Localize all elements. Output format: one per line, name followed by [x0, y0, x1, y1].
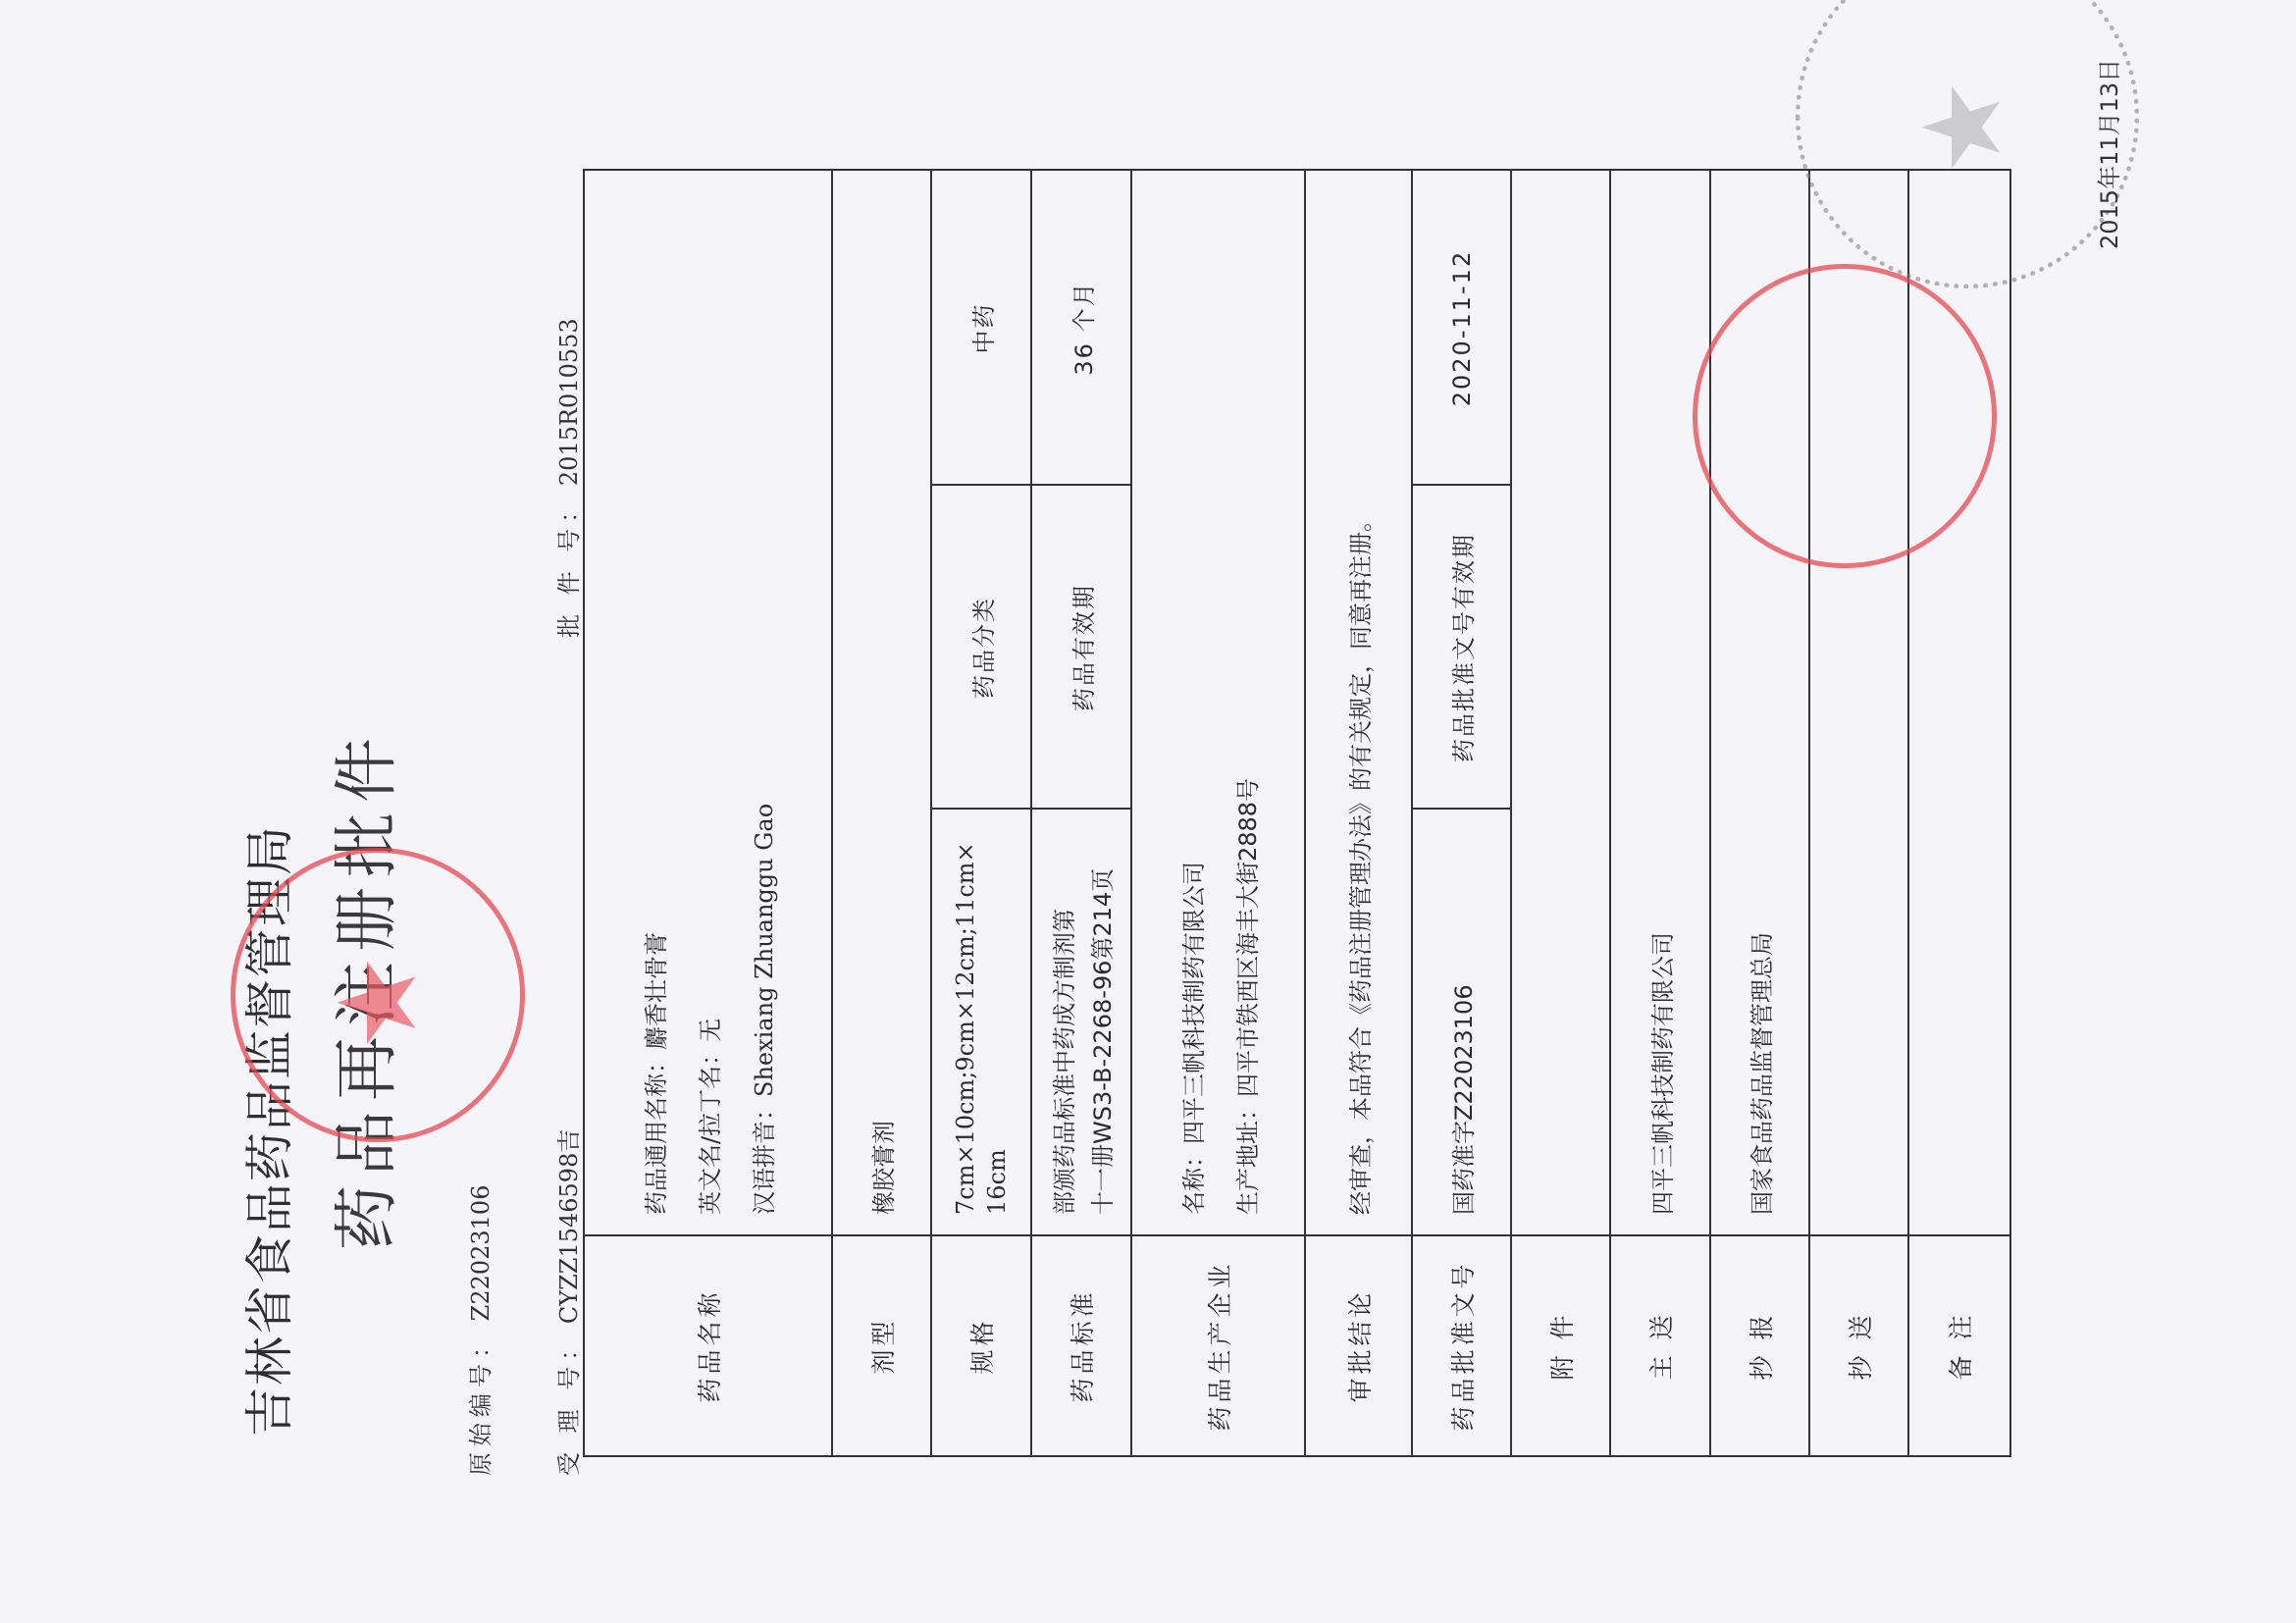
- approval-number-value: 2015R010553: [555, 318, 583, 486]
- english-name-label: 英文名/拉丁名：: [697, 1042, 724, 1215]
- label-standard: 药品标准: [1032, 1234, 1130, 1455]
- acceptance-number-field: 受 理 号： CYZZ1546598吉: [549, 1129, 584, 1476]
- attachment-value: [1512, 171, 1609, 1234]
- row-specification: 规格 7cm×10cm;9cm×12cm;11cm× 16cm 药品分类 中药: [932, 171, 1032, 1455]
- standard-line-2: 十一册WS3-B-2268-96第214页: [1083, 829, 1118, 1215]
- approval-doc-validity-label: 药品批准文号有效期: [1413, 486, 1510, 810]
- row-attachment: 附 件: [1512, 171, 1611, 1455]
- row-main-recipient: 主 送 四平三帆科技制药有限公司: [1611, 171, 1711, 1455]
- generic-name-label: 药品通用名称：: [643, 1050, 670, 1215]
- label-attachment: 附 件: [1512, 1234, 1609, 1455]
- row-manufacturer: 药品生产企业 名称：四平三帆科技制药有限公司 生产地址：四平市铁西区海丰大街28…: [1132, 171, 1306, 1455]
- dosage-form-value: 橡胶膏剂: [833, 171, 930, 1234]
- standard-line-1: 部颁药品标准中药成方制剂第: [1045, 829, 1079, 1215]
- label-manufacturer: 药品生产企业: [1132, 1234, 1304, 1455]
- label-remarks: 备 注: [1909, 1234, 2009, 1455]
- label-drug-name: 药品名称: [585, 1234, 831, 1455]
- validity-value: 36 个月: [1032, 171, 1130, 486]
- pinyin-label: 汉语拼音：: [751, 1097, 778, 1215]
- manufacturer-name: 四平三帆科技制药有限公司: [1180, 862, 1208, 1144]
- seal-star-icon: ★: [1791, 373, 1899, 470]
- manufacturer-address: 四平市铁西区海丰大街2888号: [1234, 778, 1262, 1097]
- main-recipient-value: 四平三帆科技制药有限公司: [1611, 171, 1709, 1234]
- specification-line-1: 7cm×10cm;9cm×12cm;11cm×: [952, 829, 979, 1215]
- original-number-label: 原始编号：: [467, 1329, 495, 1476]
- drug-name-values: 药品通用名称：麝香壮骨膏 英文名/拉丁名：无 汉语拼音：Shexiang Zhu…: [585, 171, 831, 1234]
- row-conclusion: 审批结论 经审查，本品符合《药品注册管理办法》的有关规定，同意再注册。: [1306, 171, 1413, 1455]
- issue-date: 2015年11月13日: [2090, 59, 2124, 249]
- standard-value: 部颁药品标准中药成方制剂第 十一册WS3-B-2268-96第214页: [1032, 810, 1130, 1234]
- english-name: 无: [697, 1019, 724, 1042]
- seal-star-icon: ★: [1908, 79, 2016, 176]
- generic-name: 麝香壮骨膏: [643, 932, 670, 1050]
- label-copy-to: 抄 送: [1810, 1234, 1907, 1455]
- approval-number-label: 批 件 号：: [555, 494, 583, 638]
- dosage-form-text: 橡胶膏剂: [864, 190, 899, 1215]
- manufacturer-name-label: 名称：: [1180, 1144, 1208, 1215]
- approval-number-field: 批 件 号： 2015R010553: [549, 318, 584, 638]
- seal-star-icon: ★: [324, 954, 432, 1051]
- category-label: 药品分类: [932, 486, 1030, 810]
- label-conclusion: 审批结论: [1306, 1234, 1411, 1455]
- specification-value: 7cm×10cm;9cm×12cm;11cm× 16cm: [932, 810, 1030, 1234]
- manufacturer-address-label: 生产地址：: [1234, 1097, 1262, 1215]
- approval-doc-value: 国药准字Z22023106: [1413, 810, 1510, 1234]
- original-number-field: 原始编号： Z22023106: [461, 1185, 496, 1476]
- scanned-document-page: 吉林省食品药品监督管理局 药品再注册批件 原始编号： Z22023106 受 理…: [0, 0, 2296, 1623]
- company-seal: ★: [1693, 264, 1997, 568]
- specification-line-2: 16cm: [983, 829, 1011, 1215]
- row-dosage-form: 剂型 橡胶膏剂: [833, 171, 932, 1455]
- label-specification: 规格: [932, 1234, 1030, 1455]
- red-seal-left: ★: [231, 848, 525, 1142]
- conclusion-value: 经审查，本品符合《药品注册管理办法》的有关规定，同意再注册。: [1306, 171, 1411, 1234]
- validity-label: 药品有效期: [1032, 486, 1130, 810]
- manufacturer-values: 名称：四平三帆科技制药有限公司 生产地址：四平市铁西区海丰大街2888号: [1132, 171, 1304, 1234]
- row-approval-doc: 药品批准文号 国药准字Z22023106 药品批准文号有效期 2020-11-1…: [1413, 171, 1512, 1455]
- acceptance-number-value: CYZZ1546598吉: [555, 1129, 583, 1324]
- label-approval-doc: 药品批准文号: [1413, 1234, 1510, 1455]
- row-standard: 药品标准 部颁药品标准中药成方制剂第 十一册WS3-B-2268-96第214页…: [1032, 171, 1132, 1455]
- main-recipient-text: 四平三帆科技制药有限公司: [1644, 190, 1678, 1215]
- conclusion-text: 经审查，本品符合《药品注册管理办法》的有关规定，同意再注册。: [1341, 190, 1376, 1215]
- category-value: 中药: [932, 171, 1030, 486]
- label-report-to: 抄 报: [1711, 1234, 1808, 1455]
- approval-doc-validity-value: 2020-11-12: [1413, 171, 1510, 486]
- original-number-value: Z22023106: [467, 1185, 495, 1322]
- label-dosage-form: 剂型: [833, 1234, 930, 1455]
- acceptance-number-label: 受 理 号：: [555, 1332, 583, 1476]
- row-drug-name: 药品名称 药品通用名称：麝香壮骨膏 英文名/拉丁名：无 汉语拼音：Shexian…: [585, 171, 833, 1455]
- label-main-recipient: 主 送: [1611, 1234, 1709, 1455]
- pinyin-name: Shexiang Zhuanggu Gao: [751, 804, 778, 1097]
